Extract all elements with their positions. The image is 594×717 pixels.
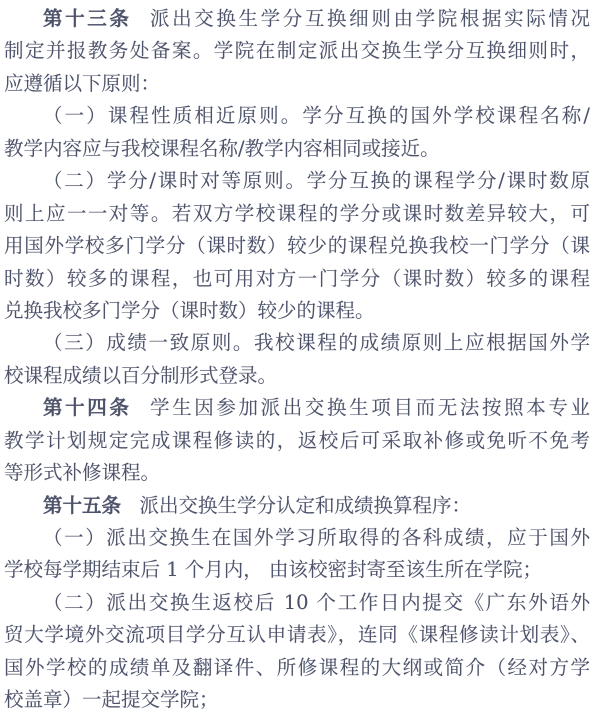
doc-line-text: 则上应一一对等。若双方学校课程的学分或课时数差异较大，可: [4, 202, 590, 225]
doc-line-text: 派出交换生学分认定和成绩换算程序：: [140, 494, 472, 517]
doc-line-text: 时数）较多的课程，也可用对方一门学分（课时数）较多的课程: [4, 267, 590, 290]
doc-line: 则上应一一对等。若双方学校课程的学分或课时数差异较大，可: [4, 198, 590, 230]
doc-line-text: 应遵循以下原则：: [4, 72, 160, 95]
article-13-number: 第十三条: [43, 7, 132, 30]
doc-line-text: 国外学校的成绩单及翻译件、所修课程的大纲或简介（经对方学: [4, 656, 590, 679]
article-14-heading-line: 第十四条学生因参加派出交换生项目而无法按照本专业: [4, 392, 590, 424]
item-2-line: （二）派出交换生返校后 10 个工作日内提交《广东外语外: [4, 587, 590, 619]
doc-line: 教学计划规定完成课程修读的，返校后可采取补修或免听不免考: [4, 425, 590, 457]
doc-line-text: 学校每学期结束后 1 个月内， 由该校密封寄至该生所在学院；: [4, 558, 542, 581]
doc-line-text: 兑换我校多门学分（课时数）较少的课程。: [4, 299, 375, 322]
doc-line-text: 用国外学校多门学分（课时数）较少的课程兑换我校一门学分（课: [4, 234, 590, 257]
doc-line: 用国外学校多门学分（课时数）较少的课程兑换我校一门学分（课: [4, 230, 590, 262]
item-1-line: （一）课程性质相近原则。学分互换的国外学校课程名称/: [4, 100, 590, 132]
doc-line-text: 贸大学境外交流项目学分互认申请表》，连同《课程修读计划表》、: [4, 623, 590, 646]
item-3-line: （三）成绩一致原则。我校课程的成绩原则上应根据国外学: [4, 327, 590, 359]
doc-line-text: （一）课程性质相近原则。学分互换的国外学校课程名称/: [43, 104, 590, 127]
doc-line-text: 制定并报教务处备案。学院在制定派出交换生学分互换细则时，: [4, 39, 590, 62]
document-page: 第十三条派出交换生学分互换细则由学院根据实际情况 制定并报教务处备案。学院在制定…: [0, 0, 594, 717]
doc-line: 校课程成绩以百分制形式登录。: [4, 360, 590, 392]
doc-line: 兑换我校多门学分（课时数）较少的课程。: [4, 295, 590, 327]
doc-line-text: （二）派出交换生返校后 10 个工作日内提交《广东外语外: [43, 591, 590, 614]
article-14-number: 第十四条: [43, 396, 132, 419]
doc-line: 国外学校的成绩单及翻译件、所修课程的大纲或简介（经对方学: [4, 652, 590, 684]
doc-line: 应遵循以下原则：: [4, 68, 590, 100]
item-2-line: （二）学分/课时对等原则。学分互换的课程学分/课时数原: [4, 165, 590, 197]
article-15-number: 第十五条: [43, 494, 121, 517]
doc-line-text: 教学内容应与我校课程名称/教学内容相同或接近。: [4, 137, 440, 160]
article-15-heading-line: 第十五条派出交换生学分认定和成绩换算程序：: [4, 490, 590, 522]
doc-line: 制定并报教务处备案。学院在制定派出交换生学分互换细则时，: [4, 35, 590, 67]
doc-line-text: 校课程成绩以百分制形式登录。: [4, 364, 277, 387]
doc-line-text: （二）学分/课时对等原则。学分互换的课程学分/课时数原: [43, 169, 590, 192]
doc-line: 教学内容应与我校课程名称/教学内容相同或接近。: [4, 133, 590, 165]
doc-line-text: 校盖章）一起提交学院；: [4, 688, 219, 711]
doc-line-text: 学生因参加派出交换生项目而无法按照本专业: [150, 396, 590, 419]
doc-line-text: （一）派出交换生在国外学习所取得的各科成绩，应于国外: [43, 526, 590, 549]
doc-line: 贸大学境外交流项目学分互认申请表》，连同《课程修读计划表》、: [4, 619, 590, 651]
doc-line: 等形式补修课程。: [4, 457, 590, 489]
article-13-heading-line: 第十三条派出交换生学分互换细则由学院根据实际情况: [4, 3, 590, 35]
item-1-line: （一）派出交换生在国外学习所取得的各科成绩，应于国外: [4, 522, 590, 554]
doc-line-text: 教学计划规定完成课程修读的，返校后可采取补修或免听不免考: [4, 429, 590, 452]
doc-line: 学校每学期结束后 1 个月内， 由该校密封寄至该生所在学院；: [4, 554, 590, 586]
doc-line-text: （三）成绩一致原则。我校课程的成绩原则上应根据国外学: [43, 331, 590, 354]
doc-line: 时数）较多的课程，也可用对方一门学分（课时数）较多的课程: [4, 263, 590, 295]
doc-line-text: 派出交换生学分互换细则由学院根据实际情况: [150, 7, 590, 30]
doc-line-text: 等形式补修课程。: [4, 461, 160, 484]
doc-line: 校盖章）一起提交学院；: [4, 684, 590, 716]
